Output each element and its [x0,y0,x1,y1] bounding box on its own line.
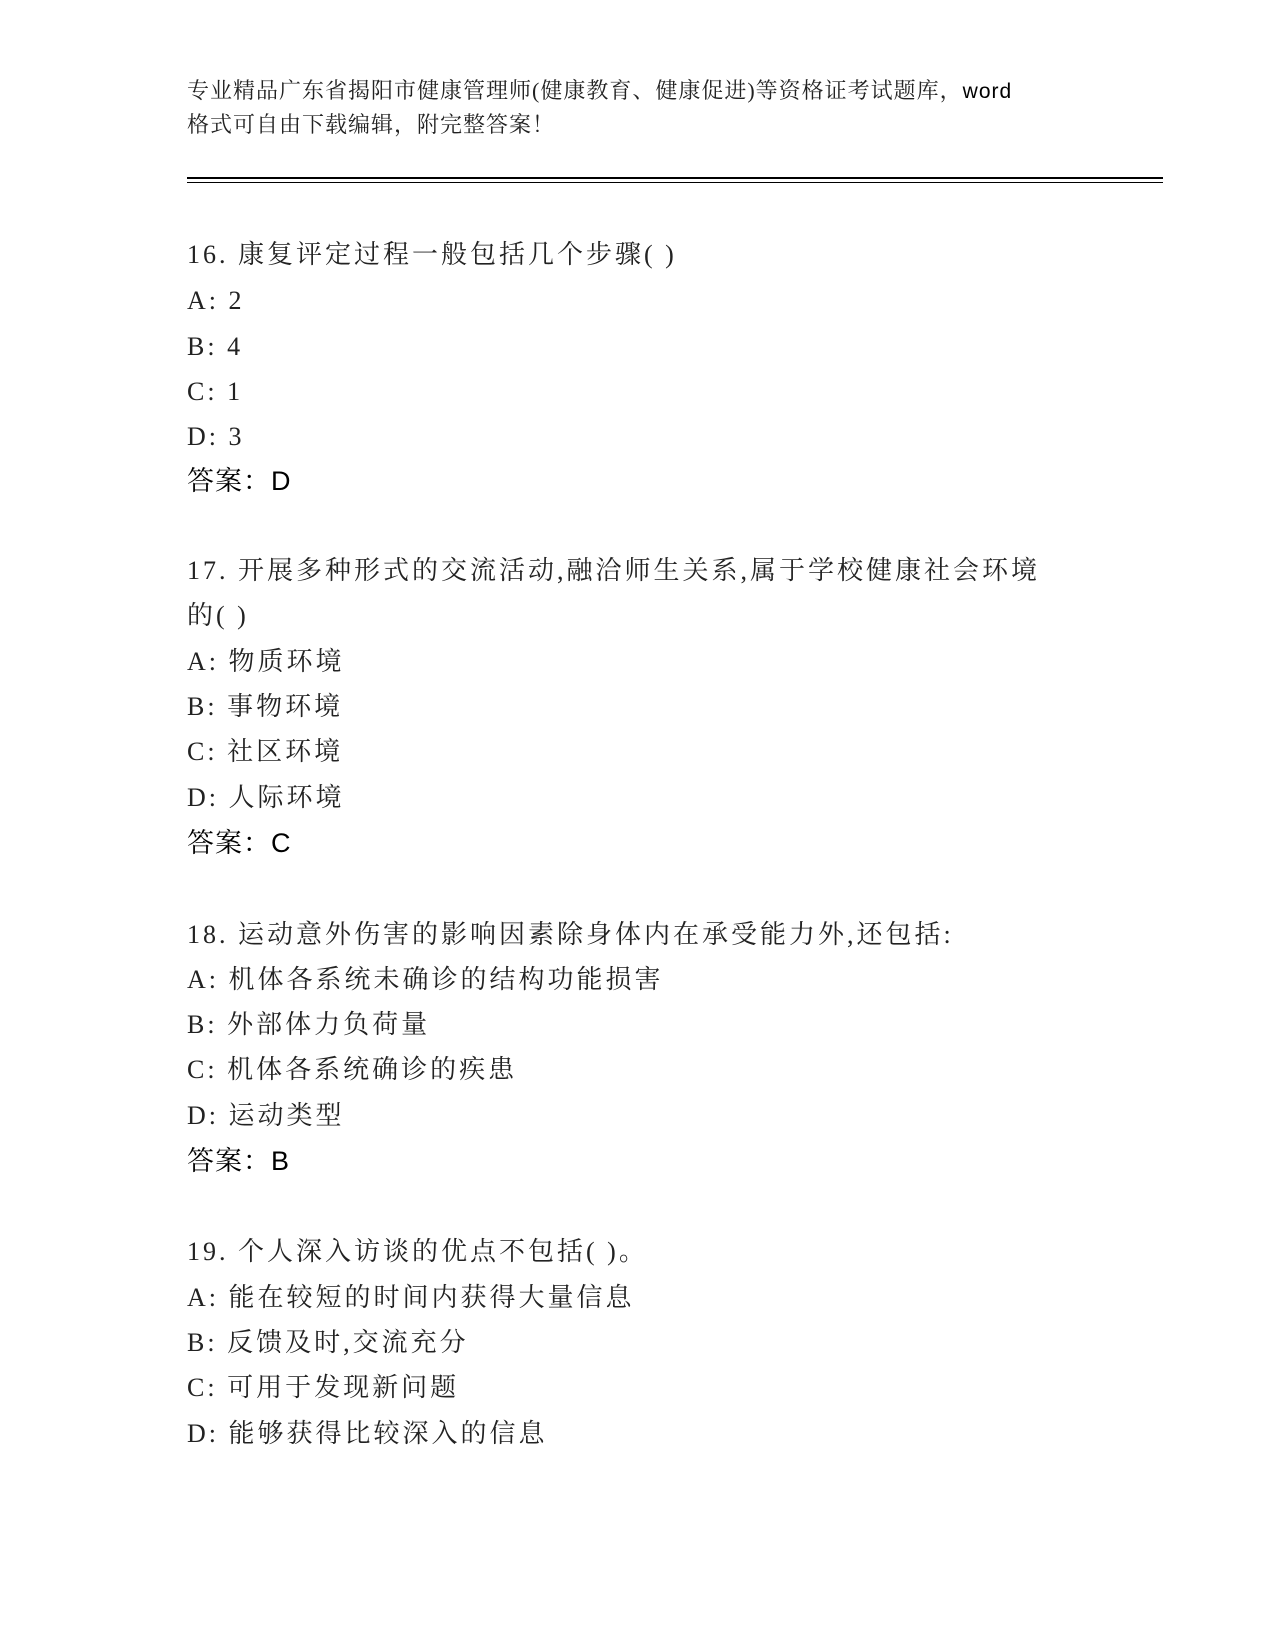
option-d: D: 能够获得比较深入的信息 [187,1417,548,1451]
option-a: A: 能在较短的时间内获得大量信息 [187,1281,635,1315]
question-stem: 19. 个人深入访谈的优点不包括( )。 [187,1235,648,1269]
question-stem-continued: 的( ) [187,599,249,633]
option-c: C: 机体各系统确诊的疾患 [187,1053,517,1087]
document-page: 专业精品广东省揭阳市健康管理师(健康教育、健康促进)等资格证考试题库，word … [0,0,1275,1650]
question-stem: 17. 开展多种形式的交流活动,融洽师生关系,属于学校健康社会环境 [187,554,1040,588]
rule-line-top [187,177,1163,179]
option-c: C: 1 [187,375,243,409]
option-b: B: 4 [187,330,243,364]
option-a: A: 2 [187,284,245,318]
header-word-text: word [963,80,1013,103]
option-c: C: 可用于发现新问题 [187,1371,459,1405]
option-a: A: 物质环境 [187,645,345,679]
answer-line: 答案：C [187,826,292,860]
rule-line-bottom [187,182,1163,183]
answer-line: 答案：D [187,464,292,498]
header-line-1: 专业精品广东省揭阳市健康管理师(健康教育、健康促进)等资格证考试题库，word [187,74,1087,108]
question-stem: 18. 运动意外伤害的影响因素除身体内在承受能力外,还包括: [187,918,954,952]
option-d: D: 人际环境 [187,781,345,815]
question-stem: 16. 康复评定过程一般包括几个步骤( ) [187,238,677,272]
option-b: B: 事物环境 [187,690,343,724]
option-b: B: 外部体力负荷量 [187,1008,430,1042]
option-b: B: 反馈及时,交流充分 [187,1326,469,1360]
answer-line: 答案：B [187,1144,290,1178]
option-d: D: 运动类型 [187,1099,345,1133]
header-line-2: 格式可自由下载编辑，附完整答案！ [187,108,1087,141]
header-double-rule [187,177,1163,185]
option-d: D: 3 [187,420,245,454]
document-header: 专业精品广东省揭阳市健康管理师(健康教育、健康促进)等资格证考试题库，word … [187,74,1087,141]
header-title-text: 专业精品广东省揭阳市健康管理师(健康教育、健康促进)等资格证考试题库， [187,78,963,103]
option-a: A: 机体各系统未确诊的结构功能损害 [187,963,664,997]
option-c: C: 社区环境 [187,735,343,769]
